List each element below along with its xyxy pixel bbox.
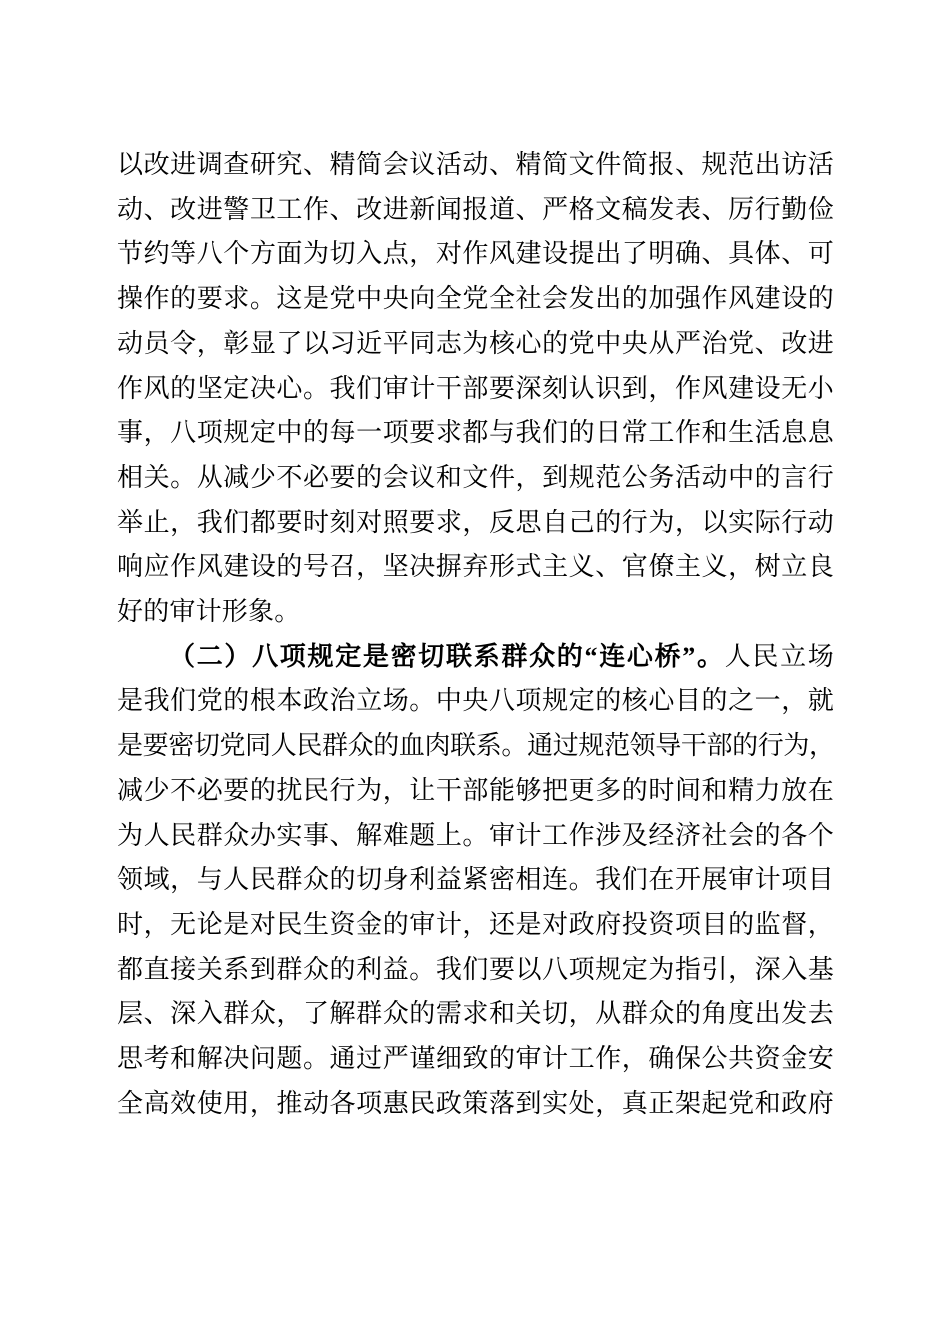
text-line: 全高效使用，推动各项惠民政策落到实处，真正架起党和政府 bbox=[117, 1082, 834, 1127]
body-text: 是我们党的根本政治立场。中央八项规定的核心目的之一，就 bbox=[117, 686, 834, 715]
paragraph-2: （二）八项规定是密切联系群众的“连心桥”。人民立场是我们党的根本政治立场。中央八… bbox=[117, 635, 834, 1127]
body-text: 响应作风建设的号召，坚决摒弃形式主义、官僚主义，树立良 bbox=[117, 552, 834, 581]
text-line: 都直接关系到群众的利益。我们要以八项规定为指引，深入基 bbox=[117, 948, 834, 993]
text-line: 时，无论是对民生资金的审计，还是对政府投资项目的监督， bbox=[117, 903, 834, 948]
text-line: 以改进调查研究、精简会议活动、精简文件简报、规范出访活 bbox=[117, 143, 834, 188]
text-column: 以改进调查研究、精简会议活动、精简文件简报、规范出访活动、改进警卫工作、改进新闻… bbox=[117, 143, 834, 1126]
text-line: （二）八项规定是密切联系群众的“连心桥”。人民立场 bbox=[117, 635, 834, 680]
body-text: 作风的坚定决心。我们审计干部要深刻认识到，作风建设无小 bbox=[117, 374, 834, 403]
paragraph-1: 以改进调查研究、精简会议活动、精简文件简报、规范出访活动、改进警卫工作、改进新闻… bbox=[117, 143, 834, 635]
text-line: 相关。从减少不必要的会议和文件，到规范公务活动中的言行 bbox=[117, 456, 834, 501]
body-text: 人民立场 bbox=[725, 642, 834, 671]
text-line: 举止，我们都要时刻对照要求，反思自己的行为，以实际行动 bbox=[117, 501, 834, 546]
text-line: 事，八项规定中的每一项要求都与我们的日常工作和生活息息 bbox=[117, 411, 834, 456]
body-text: 思考和解决问题。通过严谨细致的审计工作，确保公共资金安 bbox=[117, 1044, 834, 1073]
section-heading-text: （二）八项规定是密切联系群众的“连心桥”。 bbox=[169, 642, 725, 671]
body-text: 减少不必要的扰民行为，让干部能够把更多的时间和精力放在 bbox=[117, 776, 834, 805]
text-line: 响应作风建设的号召，坚决摒弃形式主义、官僚主义，树立良 bbox=[117, 545, 834, 590]
text-line: 思考和解决问题。通过严谨细致的审计工作，确保公共资金安 bbox=[117, 1037, 834, 1082]
body-text: 举止，我们都要时刻对照要求，反思自己的行为，以实际行动 bbox=[117, 508, 834, 537]
text-line: 节约等八个方面为切入点，对作风建设提出了明确、具体、可 bbox=[117, 232, 834, 277]
body-text: 领域，与人民群众的切身利益紧密相连。我们在开展审计项目 bbox=[117, 865, 834, 894]
body-text: 事，八项规定中的每一项要求都与我们的日常工作和生活息息 bbox=[117, 418, 834, 447]
body-text: 层、深入群众，了解群众的需求和关切，从群众的角度出发去 bbox=[117, 999, 834, 1028]
body-text: 是要密切党同人民群众的血肉联系。通过规范领导干部的行为， bbox=[117, 731, 834, 760]
body-text: 好的审计形象。 bbox=[117, 597, 300, 626]
text-line: 层、深入群众，了解群众的需求和关切，从群众的角度出发去 bbox=[117, 992, 834, 1037]
body-text: 动、改进警卫工作、改进新闻报道、严格文稿发表、厉行勤俭 bbox=[117, 195, 834, 224]
body-text: 相关。从减少不必要的会议和文件，到规范公务活动中的言行 bbox=[117, 463, 834, 492]
body-text: 为人民群众办实事、解难题上。审计工作涉及经济社会的各个 bbox=[117, 821, 834, 850]
body-text: 节约等八个方面为切入点，对作风建设提出了明确、具体、可 bbox=[117, 239, 834, 268]
document-page: 以改进调查研究、精简会议活动、精简文件简报、规范出访活动、改进警卫工作、改进新闻… bbox=[0, 0, 950, 1344]
text-line: 作风的坚定决心。我们审计干部要深刻认识到，作风建设无小 bbox=[117, 367, 834, 412]
text-line: 是要密切党同人民群众的血肉联系。通过规范领导干部的行为， bbox=[117, 724, 834, 769]
body-text: 以改进调查研究、精简会议活动、精简文件简报、规范出访活 bbox=[117, 150, 834, 179]
body-text: 动员令，彰显了以习近平同志为核心的党中央从严治党、改进 bbox=[117, 329, 834, 358]
text-line: 减少不必要的扰民行为，让干部能够把更多的时间和精力放在 bbox=[117, 769, 834, 814]
body-text: 操作的要求。这是党中央向全党全社会发出的加强作风建设的 bbox=[117, 284, 834, 313]
text-line: 动员令，彰显了以习近平同志为核心的党中央从严治党、改进 bbox=[117, 322, 834, 367]
text-line: 动、改进警卫工作、改进新闻报道、严格文稿发表、厉行勤俭 bbox=[117, 188, 834, 233]
body-text: 全高效使用，推动各项惠民政策落到实处，真正架起党和政府 bbox=[117, 1089, 834, 1118]
text-line: 为人民群众办实事、解难题上。审计工作涉及经济社会的各个 bbox=[117, 814, 834, 859]
text-line: 是我们党的根本政治立场。中央八项规定的核心目的之一，就 bbox=[117, 679, 834, 724]
text-line: 领域，与人民群众的切身利益紧密相连。我们在开展审计项目 bbox=[117, 858, 834, 903]
text-line: 操作的要求。这是党中央向全党全社会发出的加强作风建设的 bbox=[117, 277, 834, 322]
text-line: 好的审计形象。 bbox=[117, 590, 834, 635]
body-text: 时，无论是对民生资金的审计，还是对政府投资项目的监督， bbox=[117, 910, 834, 939]
body-text: 都直接关系到群众的利益。我们要以八项规定为指引，深入基 bbox=[117, 955, 834, 984]
